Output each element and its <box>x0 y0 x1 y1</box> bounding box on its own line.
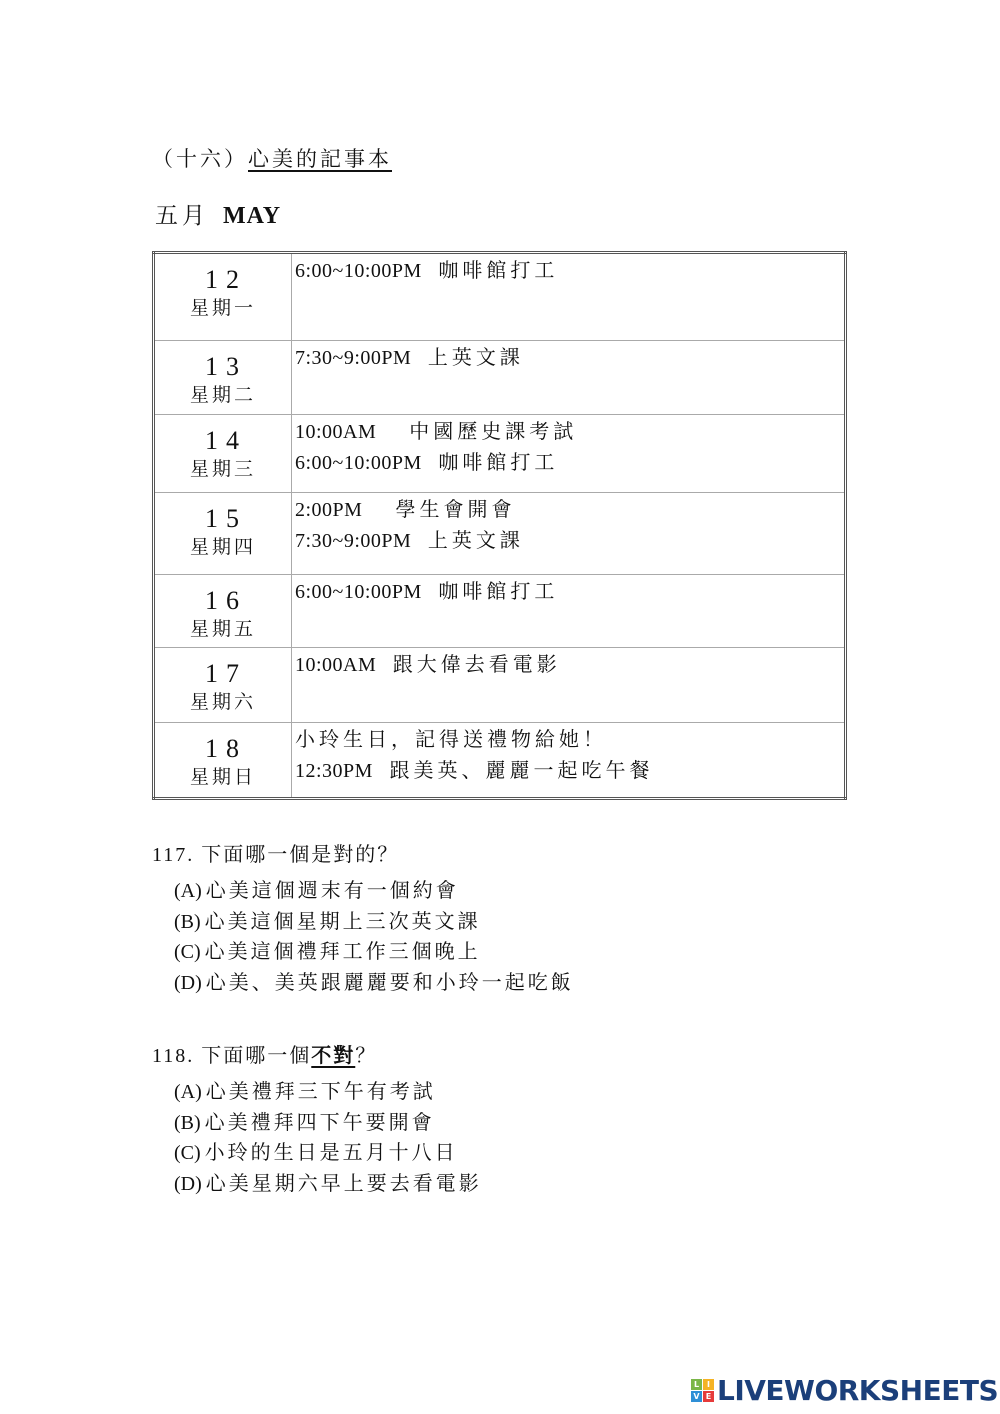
events-cell: 6:00~10:00PM 咖啡館打工 <box>292 253 846 341</box>
option-c[interactable]: (C)小玲的生日是五月十八日 <box>174 1138 482 1169</box>
event: 12:30PM 跟美英、麗麗一起吃午餐 <box>295 756 844 787</box>
events-cell: 10:00AM 跟大偉去看電影 <box>292 648 846 723</box>
planner-row: 17 星期六 10:00AM 跟大偉去看電影 <box>154 648 846 723</box>
date-number: 17 <box>155 660 291 688</box>
day-cell: 16 星期五 <box>154 575 292 648</box>
option-text: 小玲的生日是五月十八日 <box>205 1142 458 1164</box>
option-text: 心美、美英跟麗麗要和小玲一起吃飯 <box>206 972 574 994</box>
planner-row: 12 星期一 6:00~10:00PM 咖啡館打工 <box>154 253 846 341</box>
day-cell: 17 星期六 <box>154 648 292 723</box>
events-cell: 小玲生日，記得送禮物給她！ 12:30PM 跟美英、麗麗一起吃午餐 <box>292 723 846 799</box>
question-118: 118. 下面哪一個不對？ (A)心美禮拜三下午有考試 (B)心美禮拜四下午要開… <box>152 1041 482 1199</box>
day-cell: 15 星期四 <box>154 493 292 575</box>
day-cell: 18 星期日 <box>154 723 292 799</box>
option-b[interactable]: (B)心美禮拜四下午要開會 <box>174 1108 482 1139</box>
event-text: 咖啡館打工 <box>438 260 558 282</box>
date-number: 16 <box>155 587 291 615</box>
question-text: 下面哪一個 <box>201 1045 311 1067</box>
weekday: 星期三 <box>155 457 291 483</box>
liveworksheets-logo: L I V E LIVEWORKSHEETS <box>691 1374 998 1407</box>
event-text: 小玲生日，記得送禮物給她！ <box>295 729 607 751</box>
date-number: 15 <box>155 505 291 533</box>
question-number: 117. <box>152 844 194 866</box>
weekday: 星期五 <box>155 617 291 643</box>
option-text: 心美這個禮拜工作三個晚上 <box>205 941 481 963</box>
option-c[interactable]: (C)心美這個禮拜工作三個晚上 <box>174 937 574 968</box>
date-number: 14 <box>155 427 291 455</box>
event-text: 中國歷史課考試 <box>409 421 577 443</box>
question-text-end: ？ <box>355 1045 377 1067</box>
event-time: 7:30~9:00PM <box>295 530 411 552</box>
question-117: 117. 下面哪一個是對的？ (A)心美這個週末有一個約會 (B)心美這個星期上… <box>152 840 574 998</box>
event: 6:00~10:00PM 咖啡館打工 <box>295 256 844 287</box>
weekday: 星期四 <box>155 535 291 561</box>
question-emphasis: 不對 <box>311 1045 355 1067</box>
event-time: 10:00AM <box>295 654 376 676</box>
section-title: 心美的記事本 <box>248 147 392 171</box>
planner-row: 16 星期五 6:00~10:00PM 咖啡館打工 <box>154 575 846 648</box>
section-prefix: （十六） <box>152 147 248 171</box>
event-text: 咖啡館打工 <box>438 452 558 474</box>
event-time: 2:00PM <box>295 499 362 521</box>
logo-square-l: L <box>691 1379 702 1390</box>
option-label: (C) <box>174 941 201 963</box>
event: 7:30~9:00PM 上英文課 <box>295 526 844 557</box>
weekday: 星期二 <box>155 383 291 409</box>
logo-square-v: V <box>691 1391 702 1402</box>
weekday: 星期六 <box>155 690 291 716</box>
logo-square-i: I <box>703 1379 714 1390</box>
option-text: 心美星期六早上要去看電影 <box>206 1173 482 1195</box>
option-label: (A) <box>174 880 202 902</box>
event: 7:30~9:00PM 上英文課 <box>295 343 844 374</box>
option-d[interactable]: (D)心美星期六早上要去看電影 <box>174 1169 482 1200</box>
day-cell: 13 星期二 <box>154 341 292 415</box>
planner-row: 14 星期三 10:00AM 中國歷史課考試 6:00~10:00PM 咖啡館打… <box>154 415 846 493</box>
option-text: 心美這個星期上三次英文課 <box>205 911 481 933</box>
event-text: 跟大偉去看電影 <box>393 654 561 676</box>
option-d[interactable]: (D)心美、美英跟麗麗要和小玲一起吃飯 <box>174 968 574 999</box>
option-label: (D) <box>174 1173 202 1195</box>
question-stem: 117. 下面哪一個是對的？ <box>152 840 574 870</box>
option-label: (B) <box>174 1112 201 1134</box>
month-zh: 五月 <box>155 203 209 228</box>
question-stem: 118. 下面哪一個不對？ <box>152 1041 482 1071</box>
planner-table: 12 星期一 6:00~10:00PM 咖啡館打工 13 星期二 7:30~9:… <box>152 251 847 800</box>
question-number: 118. <box>152 1045 194 1067</box>
event-text: 跟美英、麗麗一起吃午餐 <box>389 760 653 782</box>
event: 6:00~10:00PM 咖啡館打工 <box>295 577 844 608</box>
event-time: 6:00~10:00PM <box>295 581 422 603</box>
events-cell: 10:00AM 中國歷史課考試 6:00~10:00PM 咖啡館打工 <box>292 415 846 493</box>
event: 10:00AM 跟大偉去看電影 <box>295 650 844 681</box>
date-number: 13 <box>155 353 291 381</box>
event-time: 6:00~10:00PM <box>295 452 422 474</box>
events-cell: 2:00PM 學生會開會 7:30~9:00PM 上英文課 <box>292 493 846 575</box>
month-en: MAY <box>223 203 281 229</box>
weekday: 星期日 <box>155 765 291 791</box>
section-heading: （十六）心美的記事本 <box>152 143 392 173</box>
month-heading: 五月MAY <box>155 197 281 230</box>
date-number: 18 <box>155 735 291 763</box>
option-text: 心美這個週末有一個約會 <box>206 880 459 902</box>
planner-row: 13 星期二 7:30~9:00PM 上英文課 <box>154 341 846 415</box>
option-label: (D) <box>174 972 202 994</box>
weekday: 星期一 <box>155 296 291 322</box>
logo-text: LIVEWORKSHEETS <box>717 1374 998 1407</box>
planner-row: 15 星期四 2:00PM 學生會開會 7:30~9:00PM 上英文課 <box>154 493 846 575</box>
event-text: 上英文課 <box>428 530 524 552</box>
option-a[interactable]: (A)心美這個週末有一個約會 <box>174 876 574 907</box>
event: 小玲生日，記得送禮物給她！ <box>295 725 844 756</box>
event-text: 咖啡館打工 <box>438 581 558 603</box>
planner-row: 18 星期日 小玲生日，記得送禮物給她！ 12:30PM 跟美英、麗麗一起吃午餐 <box>154 723 846 799</box>
events-cell: 6:00~10:00PM 咖啡館打工 <box>292 575 846 648</box>
question-text: 下面哪一個是對的？ <box>201 844 399 866</box>
event: 6:00~10:00PM 咖啡館打工 <box>295 448 844 479</box>
day-cell: 14 星期三 <box>154 415 292 493</box>
date-number: 12 <box>155 266 291 294</box>
option-label: (A) <box>174 1081 202 1103</box>
day-cell: 12 星期一 <box>154 253 292 341</box>
event-time: 10:00AM <box>295 421 376 443</box>
event-time: 7:30~9:00PM <box>295 347 411 369</box>
option-b[interactable]: (B)心美這個星期上三次英文課 <box>174 907 574 938</box>
option-label: (C) <box>174 1142 201 1164</box>
option-text: 心美禮拜三下午有考試 <box>206 1081 436 1103</box>
logo-square-e: E <box>703 1391 714 1402</box>
events-cell: 7:30~9:00PM 上英文課 <box>292 341 846 415</box>
event-text: 學生會開會 <box>395 499 515 521</box>
event: 2:00PM 學生會開會 <box>295 495 844 526</box>
option-a[interactable]: (A)心美禮拜三下午有考試 <box>174 1077 482 1108</box>
event: 10:00AM 中國歷史課考試 <box>295 417 844 448</box>
option-label: (B) <box>174 911 201 933</box>
event-time: 6:00~10:00PM <box>295 260 422 282</box>
event-text: 上英文課 <box>428 347 524 369</box>
option-text: 心美禮拜四下午要開會 <box>205 1112 435 1134</box>
event-time: 12:30PM <box>295 760 373 782</box>
logo-squares-icon: L I V E <box>691 1379 714 1402</box>
